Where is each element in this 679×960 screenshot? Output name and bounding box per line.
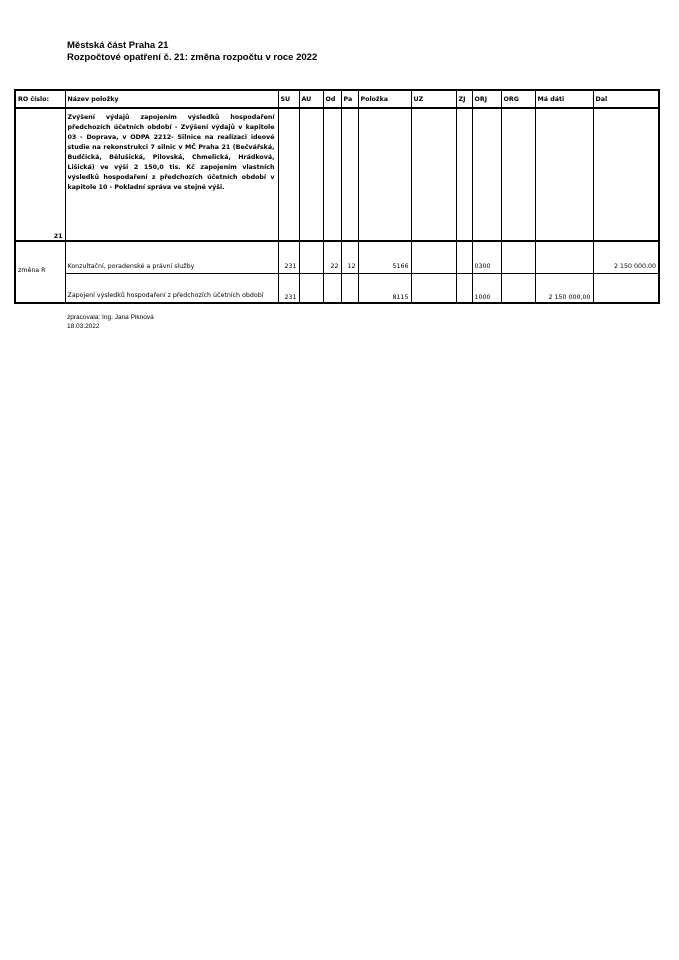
col-header-polozka: Položka	[358, 90, 411, 108]
col-header-au: AU	[299, 90, 323, 108]
cell-au	[299, 241, 323, 274]
item-name: Zapojení výsledků hospodaření z předchoz…	[65, 274, 278, 304]
col-header-dal: Dal	[593, 90, 659, 108]
cell-pa: 12	[341, 241, 358, 274]
cell-pa	[341, 274, 358, 304]
cell-ma-dati	[535, 241, 593, 274]
budget-table: RO číslo: Název položky SU AU Od Pa Polo…	[14, 89, 660, 304]
cell-au	[299, 274, 323, 304]
table-row: Zapojení výsledků hospodaření z předchoz…	[15, 274, 659, 304]
description-text: Zvýšení výdajů zapojením výsledků hospod…	[65, 108, 278, 241]
col-header-ma-dati: Má dáti	[535, 90, 593, 108]
prepared-by: zpracovala: Ing. Jana Piknová	[67, 313, 154, 322]
description-row: 21 Zvýšení výdajů zapojením výsledků hos…	[15, 108, 659, 241]
col-header-uz: UZ	[411, 90, 456, 108]
cell-dal: 2 150 000,00	[593, 241, 659, 274]
col-header-zj: ZJ	[456, 90, 472, 108]
ro-number: 21	[15, 108, 65, 241]
cell-orj: 0300	[472, 241, 501, 274]
cell-uz	[411, 241, 456, 274]
item-name: Konzultační, poradenské a právní služby	[65, 241, 278, 274]
cell-dal	[593, 274, 659, 304]
cell-org	[501, 274, 535, 304]
cell-zj	[456, 241, 472, 274]
cell-polozka: 5166	[358, 241, 411, 274]
col-header-name: Název položky	[65, 90, 278, 108]
col-header-su: SU	[278, 90, 299, 108]
cell-su: 231	[278, 241, 299, 274]
ro-change-label: změna R	[15, 241, 65, 303]
col-header-ro: RO číslo:	[15, 90, 65, 108]
cell-od: 22	[323, 241, 341, 274]
cell-od	[323, 274, 341, 304]
cell-orj: 1000	[472, 274, 501, 304]
document-date: 18.03.2022	[67, 322, 100, 331]
cell-polozka: 8115	[358, 274, 411, 304]
col-header-org: ORG	[501, 90, 535, 108]
cell-uz	[411, 274, 456, 304]
document-title-municipality: Městská část Praha 21	[67, 40, 168, 52]
cell-su: 231	[278, 274, 299, 304]
col-header-orj: ORJ	[472, 90, 501, 108]
col-header-od: Od	[323, 90, 341, 108]
cell-org	[501, 241, 535, 274]
cell-ma-dati: 2 150 000,00	[535, 274, 593, 304]
table-row: změna R Konzultační, poradenské a právní…	[15, 241, 659, 274]
col-header-pa: Pa	[341, 90, 358, 108]
table-header-row: RO číslo: Název položky SU AU Od Pa Polo…	[15, 90, 659, 108]
document-title-budget-measure: Rozpočtové opatření č. 21: změna rozpočt…	[67, 52, 317, 64]
cell-zj	[456, 274, 472, 304]
